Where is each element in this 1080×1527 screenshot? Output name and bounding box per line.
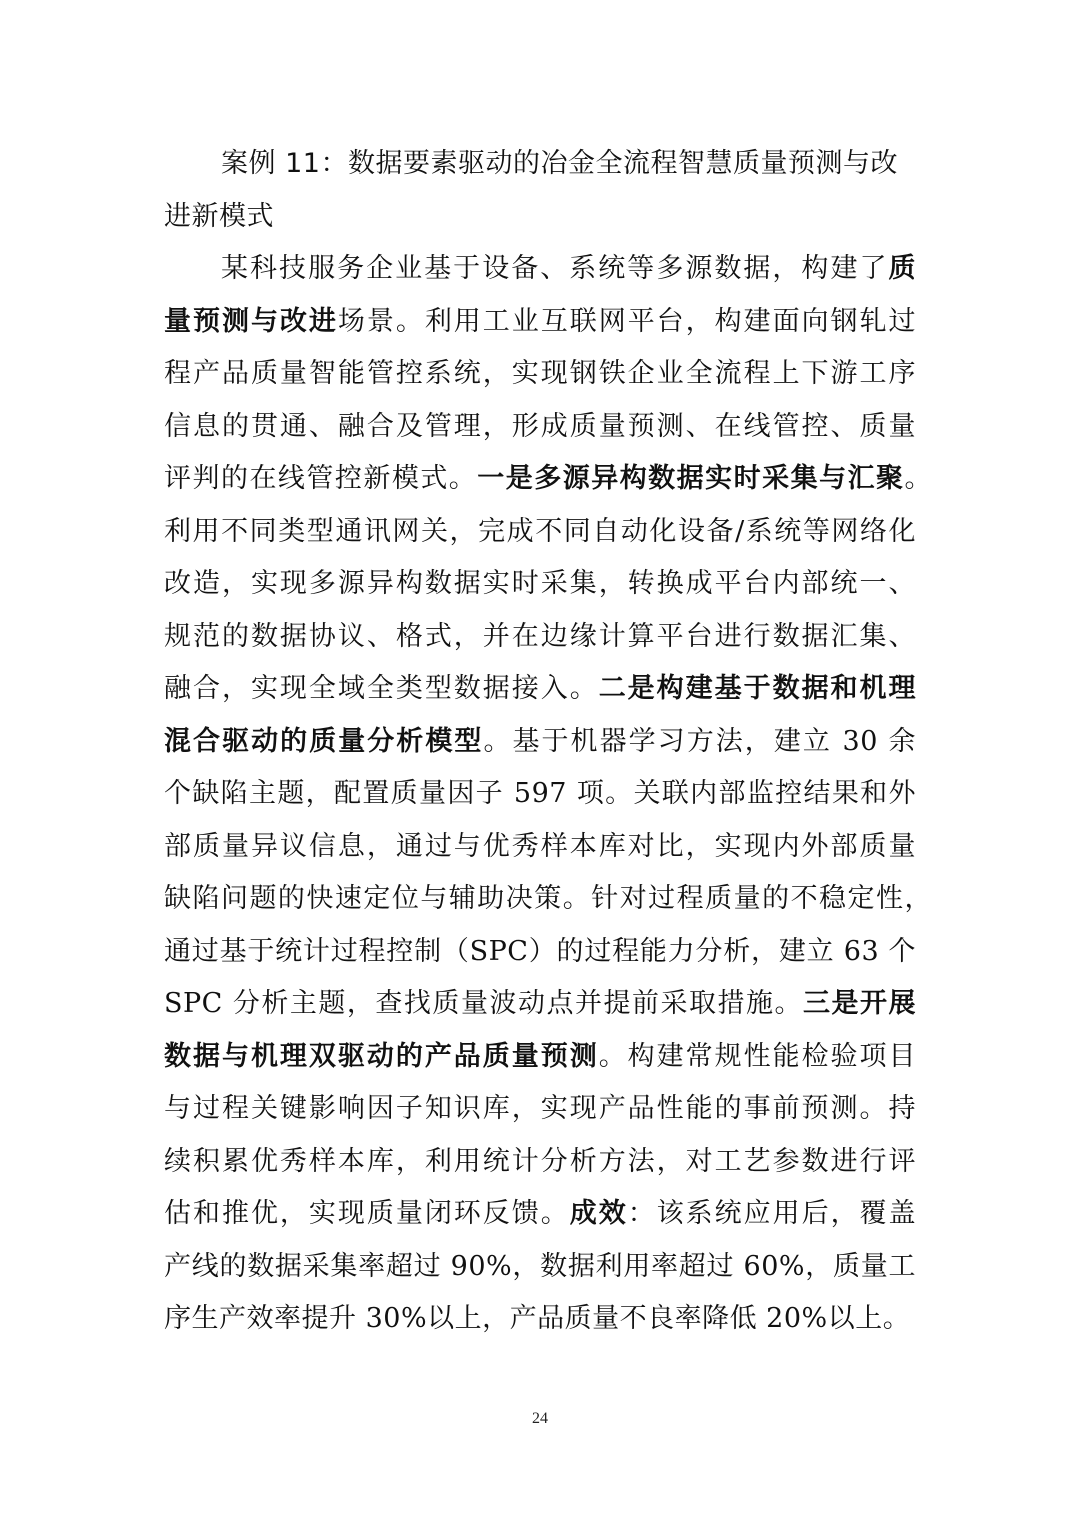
body-line: 利用不同类型通讯网关，完成不同自动化设备/系统等网络化: [164, 506, 916, 559]
body-text: 。基于机器学习方法，建立 30 余: [483, 726, 916, 757]
body-text: 序生产效率提升 30%以上，产品质量不良率降低 20%以上。: [164, 1303, 910, 1334]
body-line: 估和推优，实现质量闭环反馈。成效：该系统应用后，覆盖: [164, 1188, 916, 1241]
body-line: 混合驱动的质量分析模型。基于机器学习方法，建立 30 余: [164, 716, 916, 769]
body-text: 某科技服务企业基于设备、系统等多源数据，构建了: [221, 253, 889, 284]
bold-text: 混合驱动的质量分析模型: [164, 726, 483, 757]
body-text: 通过基于统计过程控制（SPC）的过程能力分析，建立 63 个: [164, 936, 916, 967]
body-paragraph: 某科技服务企业基于设备、系统等多源数据，构建了质量预测与改进场景。利用工业互联网…: [164, 243, 916, 1346]
bold-text: 二是构建基于数据和机理: [599, 673, 916, 704]
body-text: SPC 分析主题，查找质量波动点并提前采取措施。: [164, 988, 803, 1019]
body-line: 与过程关键影响因子知识库，实现产品性能的事前预测。持: [164, 1083, 916, 1136]
body-line: 序生产效率提升 30%以上，产品质量不良率降低 20%以上。: [164, 1293, 916, 1346]
body-line: 量预测与改进场景。利用工业互联网平台，构建面向钢轧过: [164, 296, 916, 349]
bold-text: 数据与机理双驱动的产品质量预测: [164, 1041, 599, 1072]
body-line: 某科技服务企业基于设备、系统等多源数据，构建了质: [164, 243, 916, 296]
bold-text: 三是开展: [803, 988, 916, 1019]
body-text: 续积累优秀样本库，利用统计分析方法，对工艺参数进行评: [164, 1146, 916, 1177]
body-line: 融合，实现全域全类型数据接入。二是构建基于数据和机理: [164, 663, 916, 716]
body-text: 信息的贯通、融合及管理，形成质量预测、在线管控、质量: [164, 411, 916, 442]
body-text: 改造，实现多源异构数据实时采集，转换成平台内部统一、: [164, 568, 916, 599]
body-text: 缺陷问题的快速定位与辅助决策。针对过程质量的不稳定性，: [164, 883, 932, 914]
bold-text: 一是多源异构数据实时采集与汇聚: [477, 463, 904, 494]
document-page: 案例 11：数据要素驱动的冶金全流程智慧质量预测与改 进新模式 某科技服务企业基…: [164, 138, 916, 1346]
body-line: SPC 分析主题，查找质量波动点并提前采取措施。三是开展: [164, 978, 916, 1031]
body-line: 规范的数据协议、格式，并在边缘计算平台进行数据汇集、: [164, 611, 916, 664]
body-line: 部质量异议信息，通过与优秀样本库对比，实现内外部质量: [164, 821, 916, 874]
body-line: 缺陷问题的快速定位与辅助决策。针对过程质量的不稳定性，: [164, 873, 932, 926]
body-text: 评判的在线管控新模式。: [164, 463, 477, 494]
body-line: 续积累优秀样本库，利用统计分析方法，对工艺参数进行评: [164, 1136, 916, 1189]
body-line: 评判的在线管控新模式。一是多源异构数据实时采集与汇聚。: [164, 453, 932, 506]
body-line: 改造，实现多源异构数据实时采集，转换成平台内部统一、: [164, 558, 916, 611]
body-line: 程产品质量智能管控系统，实现钢铁企业全流程上下游工序: [164, 348, 916, 401]
body-line: 数据与机理双驱动的产品质量预测。构建常规性能检验项目: [164, 1031, 916, 1084]
body-line: 通过基于统计过程控制（SPC）的过程能力分析，建立 63 个: [164, 926, 916, 979]
body-text: 与过程关键影响因子知识库，实现产品性能的事前预测。持: [164, 1093, 916, 1124]
body-line: 产线的数据采集率超过 90%，数据利用率超过 60%，质量工: [164, 1241, 916, 1294]
bold-text: 成效: [570, 1198, 628, 1229]
body-text: 产线的数据采集率超过 90%，数据利用率超过 60%，质量工: [164, 1251, 916, 1282]
body-text: ：该系统应用后，覆盖: [628, 1198, 916, 1229]
case-title-line-1: 案例 11：数据要素驱动的冶金全流程智慧质量预测与改: [164, 138, 916, 191]
page-number: 24: [0, 1410, 1080, 1428]
body-text: 程产品质量智能管控系统，实现钢铁企业全流程上下游工序: [164, 358, 916, 389]
body-text: 。构建常规性能检验项目: [599, 1041, 916, 1072]
body-line: 信息的贯通、融合及管理，形成质量预测、在线管控、质量: [164, 401, 916, 454]
body-line: 个缺陷主题，配置质量因子 597 项。关联内部监控结果和外: [164, 768, 916, 821]
body-text: 规范的数据协议、格式，并在边缘计算平台进行数据汇集、: [164, 621, 916, 652]
bold-text: 质: [889, 253, 917, 284]
body-text: 个缺陷主题，配置质量因子 597 项。关联内部监控结果和外: [164, 778, 916, 809]
body-text: 估和推优，实现质量闭环反馈。: [164, 1198, 570, 1229]
body-text: 场景。利用工业互联网平台，构建面向钢轧过: [338, 306, 916, 337]
bold-text: 量预测与改进: [164, 306, 338, 337]
body-text: 利用不同类型通讯网关，完成不同自动化设备/系统等网络化: [164, 516, 916, 547]
body-text: 。: [905, 463, 933, 494]
body-text: 融合，实现全域全类型数据接入。: [164, 673, 599, 704]
case-title-line-2: 进新模式: [164, 191, 916, 244]
body-text: 部质量异议信息，通过与优秀样本库对比，实现内外部质量: [164, 831, 916, 862]
